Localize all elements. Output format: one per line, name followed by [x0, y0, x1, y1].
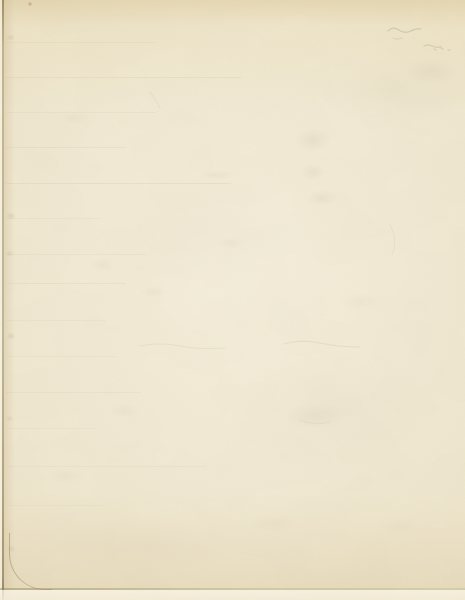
ruled-line	[6, 356, 116, 357]
stain	[215, 237, 245, 249]
stain	[95, 175, 295, 285]
ruled-line	[6, 42, 156, 43]
binding-edge-line	[2, 0, 4, 600]
stain	[248, 514, 300, 532]
bottom-left-page-corner	[9, 533, 52, 590]
ruled-line	[6, 112, 156, 113]
stain	[196, 170, 238, 180]
ruled-line	[6, 147, 126, 148]
ruled-line	[6, 466, 206, 467]
stain	[55, 515, 235, 575]
stains-layer	[0, 0, 465, 600]
stain	[283, 403, 345, 429]
stain	[140, 286, 166, 298]
stain	[90, 258, 114, 272]
stain	[340, 293, 380, 311]
ruled-line	[6, 218, 101, 219]
stain	[406, 58, 458, 84]
ruled-line	[6, 320, 106, 321]
ruled-line	[6, 77, 241, 78]
stain	[300, 163, 326, 181]
ruled-line	[6, 283, 126, 284]
scanned-page	[0, 0, 465, 600]
ruled-line	[6, 392, 141, 393]
ruled-line	[6, 183, 231, 184]
stain	[315, 55, 465, 125]
ruled-line	[6, 254, 146, 255]
ruled-lines-layer	[0, 0, 465, 600]
stain	[225, 345, 445, 475]
stain	[110, 404, 140, 418]
stain	[306, 190, 338, 206]
ruled-line	[6, 505, 106, 506]
paper-texture	[0, 0, 465, 600]
stain	[295, 128, 331, 152]
pencil-smudges	[140, 92, 395, 424]
binding-edge-shading	[4, 0, 15, 600]
page-bottom-underlay	[0, 590, 465, 600]
stain	[48, 468, 84, 484]
binding-edge-highlight	[0, 0, 2, 600]
ruled-line	[6, 428, 96, 429]
page-top-edge-shading	[0, 0, 465, 26]
stain	[60, 112, 90, 124]
pencil-marks-top-right	[388, 28, 450, 50]
stain	[378, 518, 420, 534]
